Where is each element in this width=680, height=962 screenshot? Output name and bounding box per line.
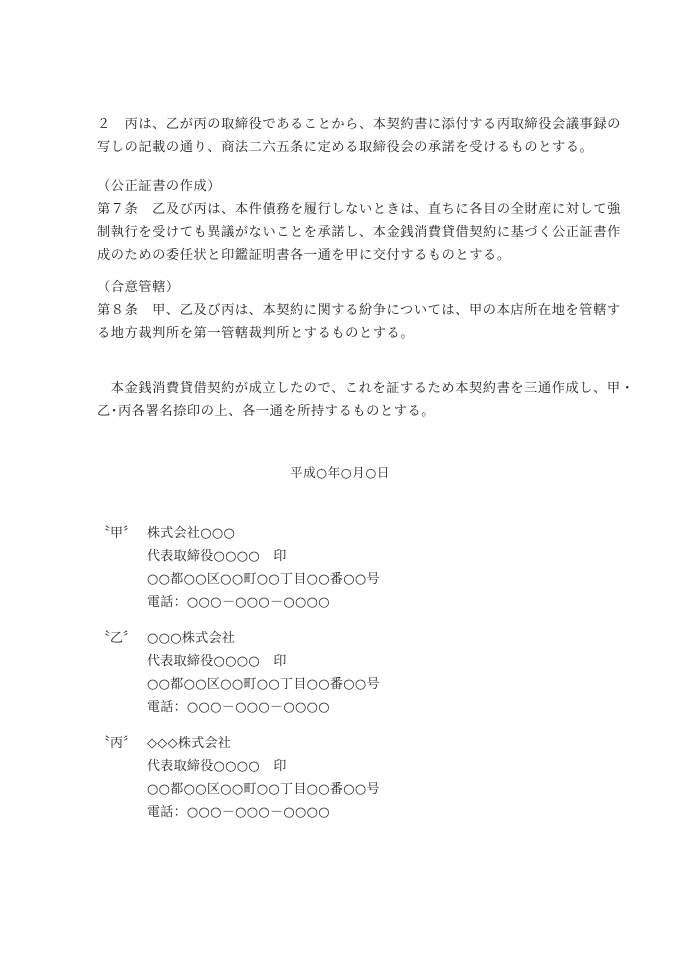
party-label: 〝乙〞 <box>97 631 136 647</box>
party-representative: 代表取締役○○○○ 印 <box>147 549 287 565</box>
party-company: 株式会社○○○ <box>147 526 235 542</box>
party-representative: 代表取締役○○○○ 印 <box>147 759 287 775</box>
article7-line-2: 制執行を受けても異議がないことを承諾し、本金銭消費貸借契約に基づく公正証書作 <box>97 225 621 241</box>
clause6-para2-line-1: ２ 丙は、乙が丙の取締役であることから、本契約書に添付する丙取締役会議事録の <box>97 117 621 133</box>
party-phone: 電話：○○○－○○○－○○○○ <box>147 700 330 716</box>
party-company: ◇◇◇株式会社 <box>147 736 231 752</box>
closing-line-1: 本金銭消費貸借契約が成立したので、これを証するため本契約書を三通作成し、甲・ <box>97 381 634 397</box>
party-phone: 電話：○○○－○○○－○○○○ <box>147 805 330 821</box>
article7-line-1: 第７条 乙及び丙は、本件債務を履行しないときは、直ちに各目の全財産に対して強 <box>97 202 621 218</box>
article8-line-1: 第８条 甲、乙及び丙は、本契約に関する紛争については、甲の本店所在地を管轄す <box>97 303 621 319</box>
party-address: ○○都○○区○○町○○丁目○○番○○号 <box>147 677 380 693</box>
contract-date: 平成○年○月○日 <box>0 465 680 481</box>
closing-line-2: 乙･丙各署名捺印の上、各一通を所持するものとする。 <box>97 404 435 420</box>
party-label: 〝丙〞 <box>97 736 136 752</box>
document-page: ２ 丙は、乙が丙の取締役であることから、本契約書に添付する丙取締役会議事録の 写… <box>0 0 680 962</box>
article8-heading: （合意管轄） <box>97 280 180 296</box>
article7-heading: （公正証書の作成） <box>97 179 221 195</box>
party-representative: 代表取締役○○○○ 印 <box>147 654 287 670</box>
clause6-para2-line-2: 写しの記載の通り、商法二六五条に定める取締役会の承諾を受けるものとする。 <box>97 140 593 156</box>
party-phone: 電話：○○○－○○○－○○○○ <box>147 595 330 611</box>
party-company: ○○○株式会社 <box>147 631 235 647</box>
article7-line-3: 成のための委任状と印鑑証明書各一通を甲に交付するものとする。 <box>97 248 511 264</box>
party-address: ○○都○○区○○町○○丁目○○番○○号 <box>147 572 380 588</box>
article8-line-2: る地方裁判所を第一管轄裁判所とするものとする。 <box>97 326 414 342</box>
party-label: 〝甲〞 <box>97 526 136 542</box>
party-address: ○○都○○区○○町○○丁目○○番○○号 <box>147 782 380 798</box>
